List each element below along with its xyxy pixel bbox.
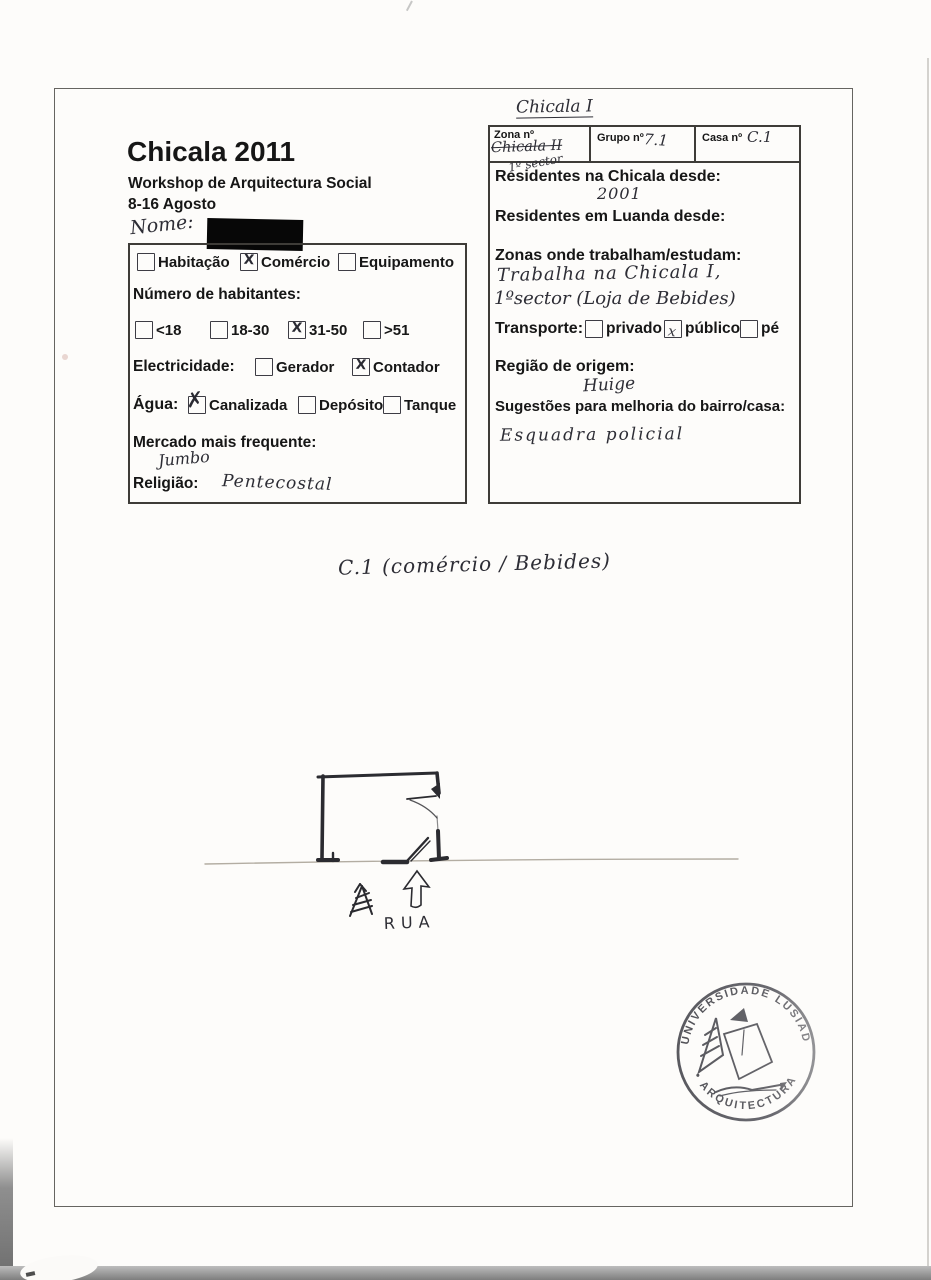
checkbox-comercio: X Comércio (240, 253, 330, 271)
checkbox-x-mark-icon: x (664, 323, 680, 341)
agua-label: Água: (133, 396, 178, 414)
checkbox-label: Gerador (276, 359, 334, 376)
handwritten-regiao-value: Huige (583, 374, 636, 397)
handwritten-sugestoes-value: Esquadra policial (500, 424, 684, 446)
scan-left-shadow (0, 1138, 13, 1280)
checkbox-square-icon: X (383, 396, 401, 414)
checkbox-square-icon: X (585, 320, 603, 338)
checkbox-square-icon: x (664, 320, 682, 338)
checkbox-square-icon: X (210, 321, 228, 339)
checkbox-label: público (685, 320, 740, 338)
checkbox-privado: X privado (585, 320, 662, 338)
checkbox-square-icon: X (288, 321, 306, 339)
checkbox-label: >51 (384, 322, 409, 339)
svg-text:• ARQUITECTURA •: • ARQUITECTURA • (655, 960, 802, 1112)
handwritten-religiao-value: Pentecostal (222, 471, 333, 495)
page-dates: 8-16 Agosto (128, 196, 216, 214)
street-label: RUA (383, 912, 435, 933)
university-stamp: UNIVERSIDADE LUSÍADA • ARQUITECTURA • (655, 960, 870, 1145)
checkbox-gerador: X Gerador (255, 358, 334, 376)
checkbox-label: Canalizada (209, 397, 287, 414)
grupo-label: Grupo nº (597, 132, 644, 144)
table-divider (589, 127, 591, 161)
checkbox-equipamento: X Equipamento (338, 253, 454, 271)
checkbox-x-mark-icon: X (289, 320, 304, 337)
checkbox-square-icon: ✗ (188, 396, 206, 414)
checkbox-canalizada: ✗ Canalizada (188, 396, 287, 414)
checkbox-tanque: X Tanque (383, 396, 456, 414)
checkbox-publico: x público (664, 320, 740, 338)
handwritten-zonas-line1: Trabalha na Chicala I, (497, 261, 722, 286)
stamp-text-bottom: • ARQUITECTURA • (655, 960, 802, 1112)
habitantes-label: Número de habitantes: (133, 286, 301, 304)
handwritten-zonas-line2: 1ºsector (Loja de Bebides) (494, 288, 736, 309)
casa-label: Casa nº (702, 132, 742, 144)
sugestoes-label: Sugestões para melhoria do bairro/casa: (495, 398, 785, 415)
checkbox-deposito: X Depósito (298, 396, 383, 414)
checkbox-label: Tanque (404, 397, 456, 414)
ground-line (205, 859, 738, 864)
checkbox-square-icon: X (135, 321, 153, 339)
checkbox-square-icon: X (255, 358, 273, 376)
page-subtitle: Workshop de Arquitectura Social (128, 175, 372, 193)
checkbox-square-icon: X (338, 253, 356, 271)
scan-edge-line (927, 58, 929, 1266)
checkbox-x-mark-icon: X (241, 252, 256, 269)
checkbox-label: Depósito (319, 397, 383, 414)
checkbox-contador: X Contador (352, 358, 440, 376)
checkbox-square-icon: X (137, 253, 155, 271)
electricidade-label: Electricidade: (133, 358, 235, 376)
handwritten-grupo-value: 7.1 (643, 130, 668, 150)
checkbox-label: privado (606, 320, 662, 338)
scan-bottom-shadow (0, 1266, 931, 1280)
checkbox-label: 18-30 (231, 322, 269, 339)
stamp-emblem-icon (699, 1008, 787, 1096)
checkbox-x-mark-icon: ✗ (185, 391, 201, 408)
checkbox-label: pé (761, 320, 779, 338)
table-divider (694, 127, 696, 161)
mercado-label: Mercado mais frequente: (133, 434, 316, 452)
scanned-survey-page: Chicala 2011 Workshop de Arquitectura So… (0, 0, 931, 1280)
checkbox-label: 31-50 (309, 322, 347, 339)
checkbox-lt18: X <18 (135, 321, 181, 339)
page-title: Chicala 2011 (127, 136, 295, 168)
checkbox-square-icon: X (298, 396, 316, 414)
checkbox-gt51: X >51 (363, 321, 409, 339)
checkbox-31-50: X 31-50 (288, 321, 347, 339)
checkbox-label: Equipamento (359, 254, 454, 271)
stamp-circle (678, 984, 814, 1120)
handwritten-residentes-chicala-value: 2001 (597, 184, 642, 203)
scan-artifact-speck (406, 1, 419, 15)
stamp-text-top: UNIVERSIDADE LUSÍADA (655, 960, 812, 1046)
checkbox-square-icon: X (352, 358, 370, 376)
floor-plan-sketch: RUA (190, 735, 760, 945)
handwritten-casa-value: C.1 (747, 128, 772, 146)
checkbox-label: <18 (156, 322, 181, 339)
religiao-label: Religião: (133, 475, 198, 493)
hatched-arrow-icon (350, 884, 372, 916)
checkbox-18-30: X 18-30 (210, 321, 269, 339)
checkbox-pe: X pé (740, 320, 779, 338)
checkbox-label: Comércio (261, 254, 330, 271)
residentes-luanda-label: Residentes em Luanda desde: (495, 208, 725, 226)
transporte-label: Transporte: (495, 320, 583, 338)
checkbox-label: Habitação (158, 254, 230, 271)
svg-text:UNIVERSIDADE LUSÍADA: UNIVERSIDADE LUSÍADA (655, 960, 812, 1046)
up-arrow-icon (404, 871, 429, 907)
checkbox-habitacao: X Habitação (137, 253, 230, 271)
handwritten-zona-correction: Chicala I (516, 96, 593, 118)
checkbox-label: Contador (373, 359, 440, 376)
checkbox-square-icon: X (240, 253, 258, 271)
checkbox-square-icon: X (740, 320, 758, 338)
regiao-label: Região de origem: (495, 358, 635, 376)
checkbox-x-mark-icon: X (353, 357, 368, 374)
checkbox-square-icon: X (363, 321, 381, 339)
